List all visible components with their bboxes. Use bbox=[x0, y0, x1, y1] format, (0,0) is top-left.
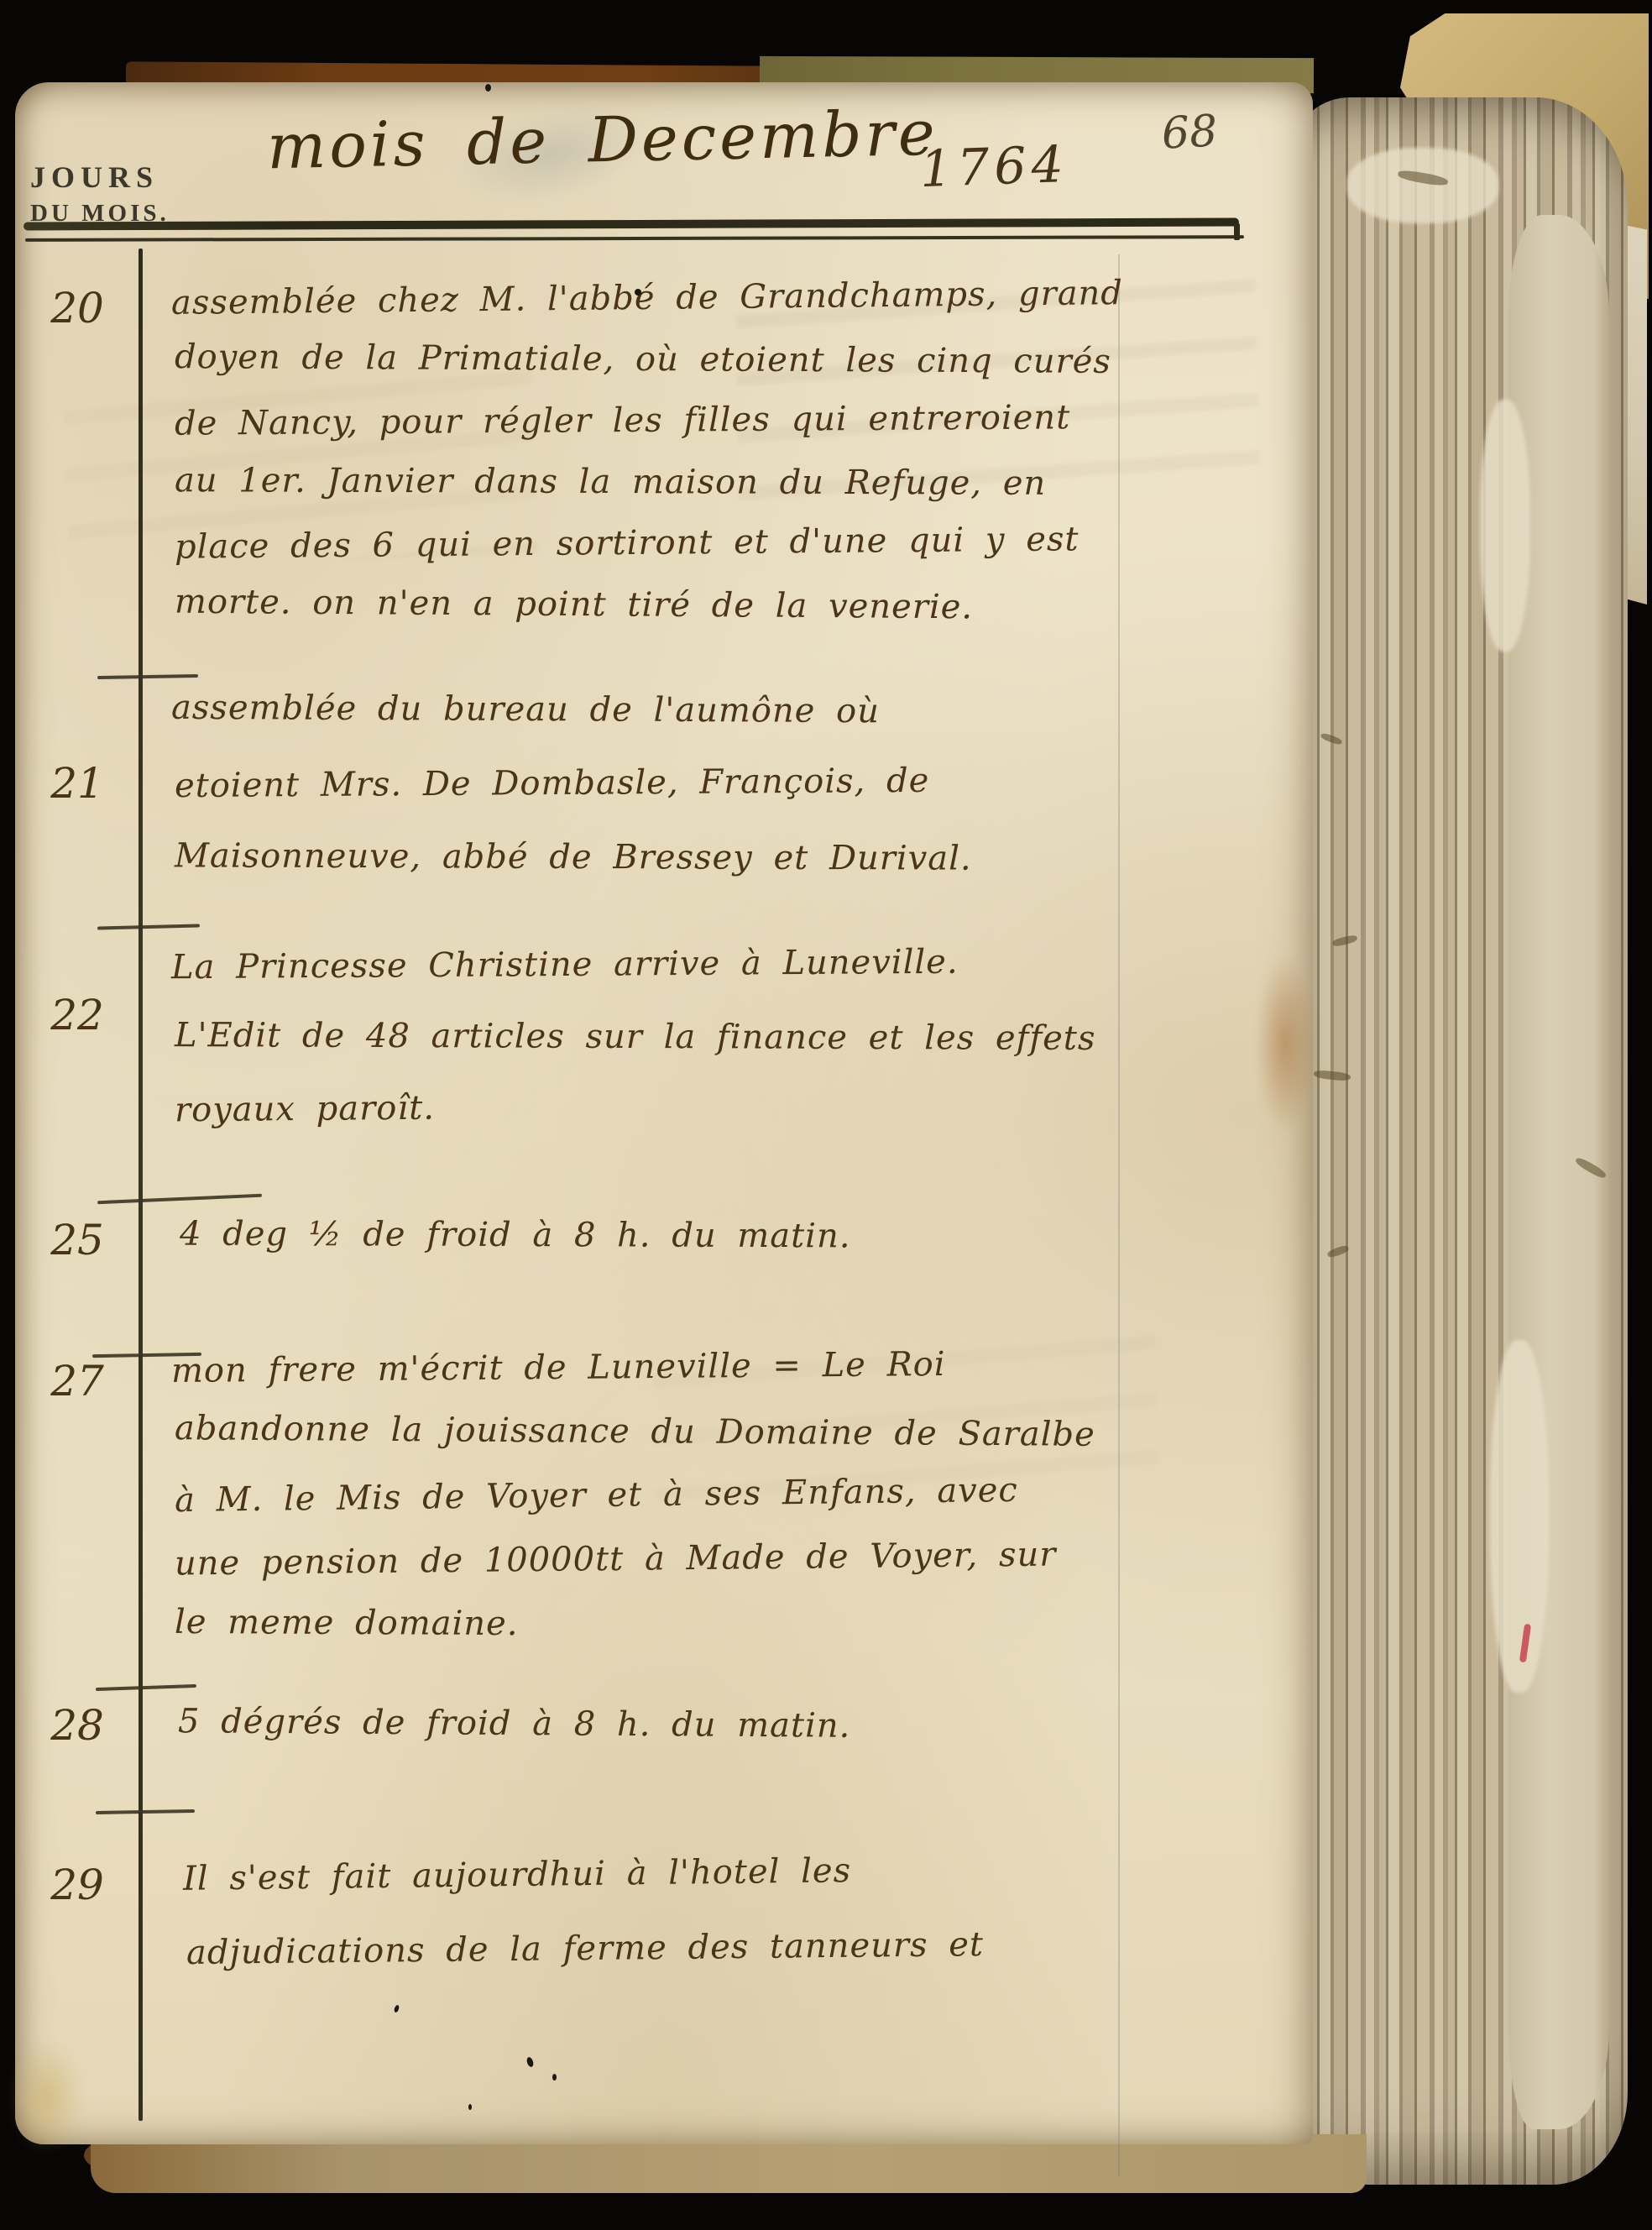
ink-speck bbox=[394, 2004, 400, 2013]
entry-line: au 1er. Janvier dans la maison du Refuge… bbox=[175, 461, 1046, 503]
ink-speck bbox=[635, 289, 641, 296]
entry-line: 5 dégrés de froid à 8 h. du matin. bbox=[178, 1702, 851, 1746]
month-title: mois de Decembre bbox=[266, 97, 938, 184]
entry-line: royaux paroît. bbox=[175, 1089, 435, 1130]
edge-ink-mark bbox=[1320, 732, 1342, 746]
entry-line: une pension de 10000tt à Made de Voyer, … bbox=[175, 1536, 1057, 1584]
day-number: 25 bbox=[29, 1216, 126, 1264]
ink-speck bbox=[468, 2104, 472, 2110]
paper-tear-patch bbox=[1490, 1340, 1549, 1693]
ink-speck bbox=[525, 2056, 534, 2068]
page-stack-fore-edge bbox=[1297, 97, 1628, 2185]
day-number: 27 bbox=[29, 1357, 126, 1406]
ink-speck bbox=[485, 84, 491, 92]
day-number: 21 bbox=[29, 759, 126, 808]
entry-line: de Nancy, pour régler les filles qui ent… bbox=[175, 398, 1070, 442]
right-margin-line bbox=[1118, 254, 1120, 2177]
header-rule-thick bbox=[24, 217, 1239, 230]
paper-tear-patch bbox=[1347, 148, 1498, 223]
entry-line: à M. le Mis de Voyer et à ses Enfans, av… bbox=[175, 1471, 1018, 1520]
paper-stain bbox=[8, 2039, 84, 2156]
paper-tear-patch bbox=[1480, 400, 1530, 652]
edge-ink-mark bbox=[1314, 1070, 1351, 1082]
entry-separator-tick bbox=[97, 674, 198, 679]
entry-line: abandonne la jouissance du Domaine de Sa… bbox=[175, 1409, 1095, 1454]
entry-line: le meme domaine. bbox=[175, 1603, 519, 1643]
year: 1764 bbox=[919, 135, 1069, 199]
day-number: 20 bbox=[29, 284, 126, 332]
entry-line: L'Edit de 48 articles sur la finance et … bbox=[175, 1016, 1096, 1058]
entry-line: morte. on n'en a point tiré de la veneri… bbox=[175, 583, 973, 627]
day-number: 22 bbox=[29, 991, 126, 1039]
journal-page: JOURS DU MOIS. mois de Decembre 1764 68 … bbox=[15, 82, 1313, 2144]
entry-line: La Princesse Christine arrive à Lunevill… bbox=[171, 943, 959, 987]
entry-line: adjudications de la ferme des tanneurs e… bbox=[186, 1925, 984, 1972]
header-rule-hook bbox=[1234, 223, 1240, 240]
entry-line: place des 6 qui en sortiront et d'une qu… bbox=[175, 520, 1080, 566]
entry-line: doyen de la Primatiale, où etoient les c… bbox=[175, 338, 1111, 381]
entry-line: Il s'est fait aujourdhui à l'hotel les bbox=[183, 1851, 852, 1898]
manuscript-scan: JOURS DU MOIS. mois de Decembre 1764 68 … bbox=[0, 0, 1652, 2230]
paper-stain bbox=[1256, 955, 1315, 1132]
entry-line: assemblée du bureau de l'aumône où bbox=[171, 688, 880, 730]
edge-ink-mark bbox=[1326, 1244, 1350, 1259]
day-number: 28 bbox=[29, 1701, 126, 1750]
page-number: 68 bbox=[1160, 106, 1218, 159]
entry-separator-tick bbox=[96, 1809, 195, 1814]
entry-line: 4 deg ½ de froid à 8 h. du matin. bbox=[180, 1215, 851, 1256]
entry-line: mon frere m'écrit de Luneville = Le Roi bbox=[171, 1345, 946, 1390]
day-number: 29 bbox=[29, 1861, 126, 1909]
entry-separator-tick bbox=[96, 1684, 196, 1691]
ink-speck bbox=[552, 2074, 557, 2081]
entry-separator-tick bbox=[97, 1194, 262, 1205]
day-column-rule bbox=[139, 249, 143, 2121]
entry-line: etoient Mrs. De Dombasle, François, de bbox=[175, 762, 930, 805]
edge-ink-mark bbox=[1331, 934, 1357, 948]
entry-line: Maisonneuve, abbé de Bressey et Durival. bbox=[175, 836, 972, 877]
header-rule-thin bbox=[25, 235, 1244, 242]
entry-separator-tick bbox=[97, 924, 200, 929]
day-column-label: JOURS DU MOIS. bbox=[30, 160, 170, 228]
day-column-label-line1: JOURS bbox=[30, 160, 170, 195]
